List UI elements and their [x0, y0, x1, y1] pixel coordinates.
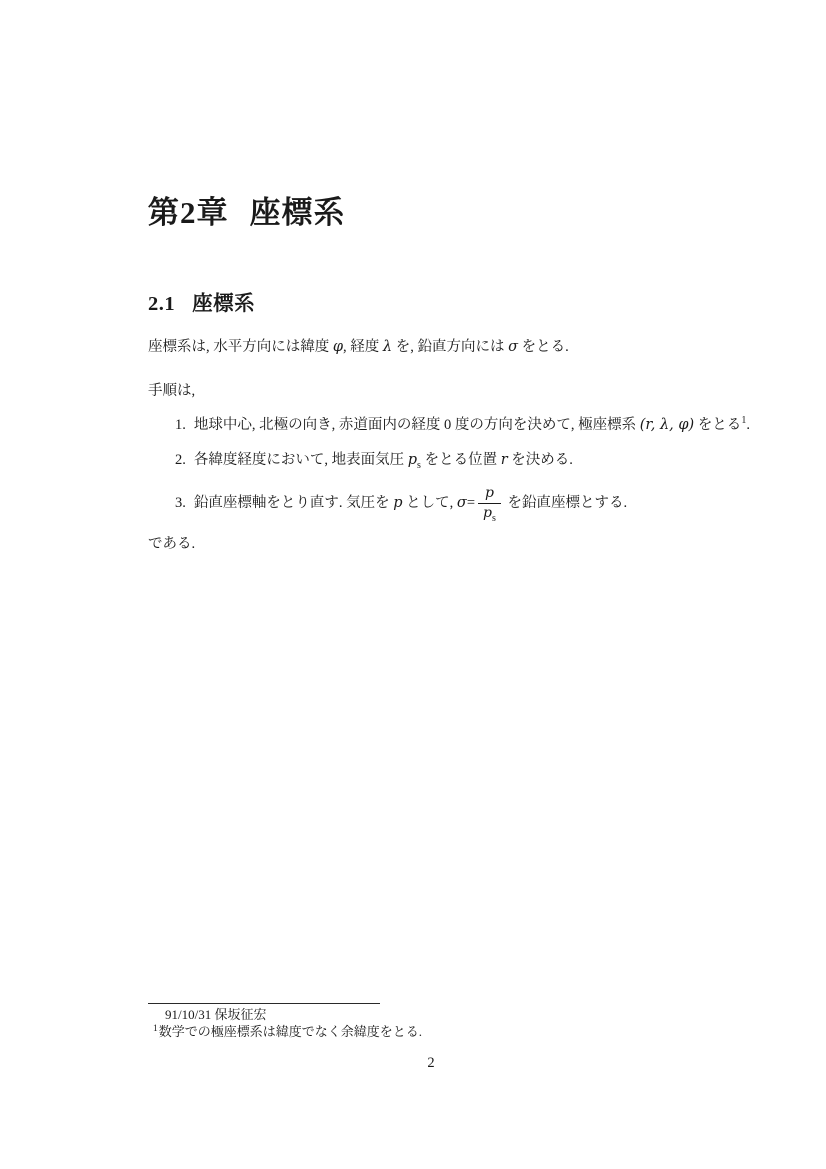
list-item-3-text-2: として, [403, 495, 457, 511]
list-item-3-text-3: を鉛直座標とする. [504, 495, 627, 511]
list-item-1: 1.地球中心, 北極の向き, 赤道面内の経度 0 度の方向を決めて, 極座標系 … [175, 415, 714, 437]
fraction-p-over-ps: pps [478, 485, 501, 522]
footnote-1: 1数学での極座標系は緯度でなく余緯度をとる. [153, 1024, 714, 1041]
math-phi: φ [333, 339, 343, 355]
footnote-1-marker: 1 [153, 1024, 158, 1034]
fraction-numerator: p [478, 485, 501, 504]
list-item-1-text-1: 地球中心, 北極の向き, 赤道面内の経度 0 度の方向を決めて, 極座標系 [194, 417, 640, 433]
section-number: 2.1 [148, 293, 175, 315]
footnote-1-text: 数学での極座標系は緯度でなく余緯度をとる. [159, 1024, 422, 1039]
section-heading: 2.1座標系 [148, 292, 714, 317]
text-block: 第2章座標系 2.1座標系 座標系は, 水平方向には緯度 φ, 経度 λ を, … [148, 194, 714, 556]
math-sigma: σ [508, 339, 518, 355]
math-surface-pressure: p [408, 452, 417, 468]
list-item-2-text-3: を決める. [508, 452, 573, 468]
math-lambda: λ [383, 339, 392, 355]
math-polar-coordinates: (r, λ, φ) [640, 417, 694, 433]
list-item-3-text-1: 鉛直座標軸をとり直す. 気圧を [194, 495, 393, 511]
intro-text-1: 座標系は, 水平方向には緯度 [148, 339, 333, 355]
list-item-1-text-3: . [746, 417, 750, 433]
page-number: 2 [148, 1055, 714, 1072]
math-pressure: p [393, 495, 402, 511]
intro-text-3: を, 鉛直方向には [392, 339, 508, 355]
footnote-rule [148, 1003, 380, 1004]
footnote-date-author: 91/10/31 保坂征宏 [165, 1007, 714, 1024]
list-item-2-text-2: をとる位置 [421, 452, 501, 468]
footnote-area: 91/10/31 保坂征宏 1数学での極座標系は緯度でなく余緯度をとる. [148, 1003, 714, 1041]
chapter-heading: 第2章座標系 [148, 194, 714, 231]
equals-sign: = [467, 495, 475, 511]
list-item-3-number: 3. [175, 495, 186, 511]
chapter-title: 座標系 [250, 195, 346, 230]
list-item-1-text-2: をとる [694, 417, 741, 433]
list-item-2-text-1: 各緯度経度において, 地表面気圧 [194, 452, 408, 468]
section-title: 座標系 [192, 293, 255, 315]
list-item-2: 2.各緯度経度において, 地表面気圧 ps をとる位置 r を決める. [175, 450, 714, 472]
math-radius: r [501, 452, 508, 468]
intro-paragraph: 座標系は, 水平方向には緯度 φ, 経度 λ を, 鉛直方向には σ をとる. [148, 337, 714, 359]
list-item-1-number: 1. [175, 417, 186, 433]
closing-paragraph: である. [148, 534, 714, 556]
chapter-number: 第2章 [148, 195, 229, 230]
list-item-2-number: 2. [175, 452, 186, 468]
intro-text-2: , 経度 [343, 339, 383, 355]
fraction-denominator: ps [478, 504, 501, 522]
procedure-lead: 手順は, [148, 381, 714, 403]
procedure-list: 1.地球中心, 北極の向き, 赤道面内の経度 0 度の方向を決めて, 極座標系 … [148, 415, 714, 522]
list-item-3: 3.鉛直座標軸をとり直す. 気圧を p として, σ=pps を鉛直座標とする. [175, 485, 714, 522]
intro-text-4: をとる. [518, 339, 569, 355]
document-page: 第2章座標系 2.1座標系 座標系は, 水平方向には緯度 φ, 経度 λ を, … [0, 0, 826, 1169]
math-sigma-definition: σ [457, 495, 467, 511]
